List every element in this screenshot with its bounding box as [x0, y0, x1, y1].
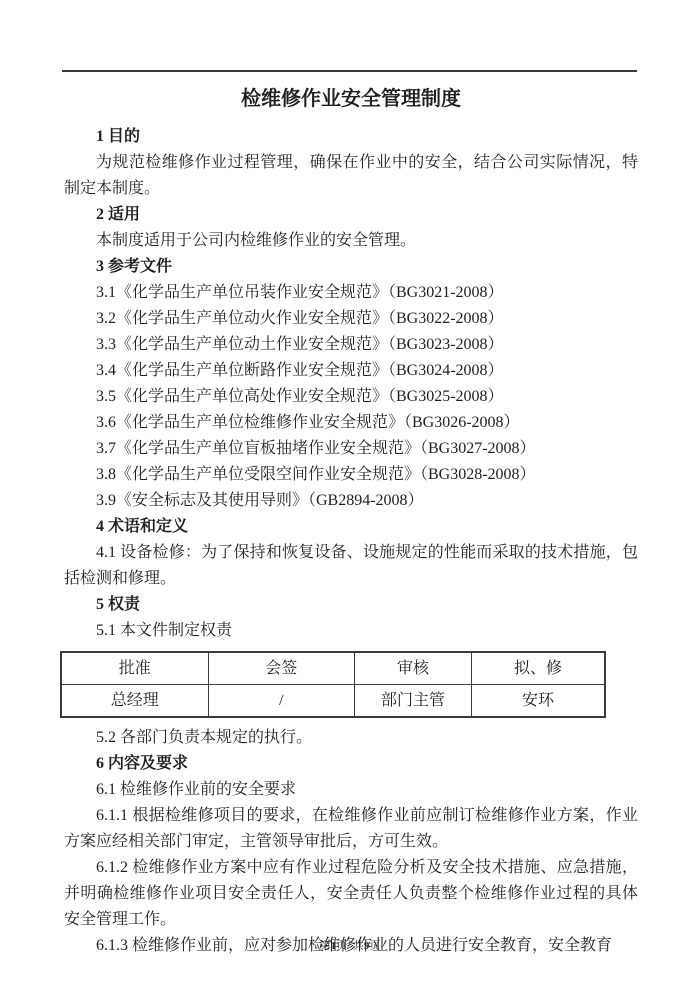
reference-item: 3.5《化学品生产单位高处作业安全规范》（BG3025-2008）: [64, 384, 638, 410]
table-header-cell: 审核: [355, 652, 472, 685]
reference-item: 3.4《化学品生产单位断路作业安全规范》（BG3024-2008）: [64, 358, 638, 384]
reference-item: 3.1《化学品生产单位吊装作业安全规范》（BG3021-2008）: [64, 280, 638, 306]
section-heading-purpose: 1 目的: [64, 124, 638, 150]
section-heading-requirements: 6 内容及要求: [64, 751, 638, 777]
paragraph: 6.1.2 检维修作业方案中应有作业过程危险分析及安全技术措施、应急措施，并明确…: [64, 855, 638, 933]
reference-item: 3.9《安全标志及其使用导则》（GB2894-2008）: [64, 488, 638, 514]
footer-suffix: 页: [369, 940, 380, 952]
paragraph: 5.2 各部门负责本规定的执行。: [64, 725, 638, 751]
table-row: 总经理 / 部门主管 安环: [61, 685, 605, 718]
paragraph: 6.1.1 根据检维修项目的要求，在检维修作业前应制订检维修作业方案，作业方案应…: [64, 803, 638, 855]
table-cell: 总经理: [61, 685, 208, 718]
table-cell: 安环: [471, 685, 605, 718]
reference-item: 3.6《化学品生产单位检维修作业安全规范》（BG3026-2008）: [64, 410, 638, 436]
table-cell: 部门主管: [355, 685, 472, 718]
paragraph: 5.1 本文件制定权责: [64, 618, 638, 644]
paragraph: 为规范检维修作业过程管理，确保在作业中的安全，结合公司实际情况，特制定本制度。: [64, 150, 638, 202]
document-title: 检维修作业安全管理制度: [64, 84, 638, 114]
section-heading-terms: 4 术语和定义: [64, 514, 638, 540]
section-heading-references: 3 参考文件: [64, 254, 638, 280]
header-rule: [62, 70, 637, 72]
reference-item: 3.7《化学品生产单位盲板抽堵作业安全规范》（BG3027-2008）: [64, 436, 638, 462]
table-cell: /: [208, 685, 355, 718]
reference-item: 3.8《化学品生产单位受限空间作业安全规范》（BG3028-2008）: [64, 462, 638, 488]
paragraph: 4.1 设备检修：为了保持和恢复设备、设施规定的性能而采取的技术措施，包括检测和…: [64, 540, 638, 592]
footer-prefix: 第: [320, 940, 331, 952]
reference-item: 3.2《化学品生产单位动火作业安全规范》（BG3022-2008）: [64, 306, 638, 332]
table-header-row: 批准 会签 审核 拟、修: [61, 652, 605, 685]
paragraph: 本制度适用于公司内检维修作业的安全管理。: [64, 228, 638, 254]
footer-middle: 页/ 共: [336, 940, 364, 952]
table-header-cell: 拟、修: [471, 652, 605, 685]
reference-item: 3.3《化学品生产单位动土作业安全规范》（BG3023-2008）: [64, 332, 638, 358]
document-content: 检维修作业安全管理制度 1 目的 为规范检维修作业过程管理，确保在作业中的安全，…: [64, 80, 638, 959]
table-header-cell: 会签: [208, 652, 355, 685]
table-header-cell: 批准: [61, 652, 208, 685]
approval-table: 批准 会签 审核 拟、修 总经理 / 部门主管 安环: [60, 651, 606, 718]
section-heading-responsibility: 5 权责: [64, 592, 638, 618]
section-heading-scope: 2 适用: [64, 202, 638, 228]
paragraph: 6.1 检维修作业前的安全要求: [64, 777, 638, 803]
page-footer: 第1页/ 共9页: [0, 938, 700, 954]
document-page: 检维修作业安全管理制度 1 目的 为规范检维修作业过程管理，确保在作业中的安全，…: [0, 0, 700, 990]
